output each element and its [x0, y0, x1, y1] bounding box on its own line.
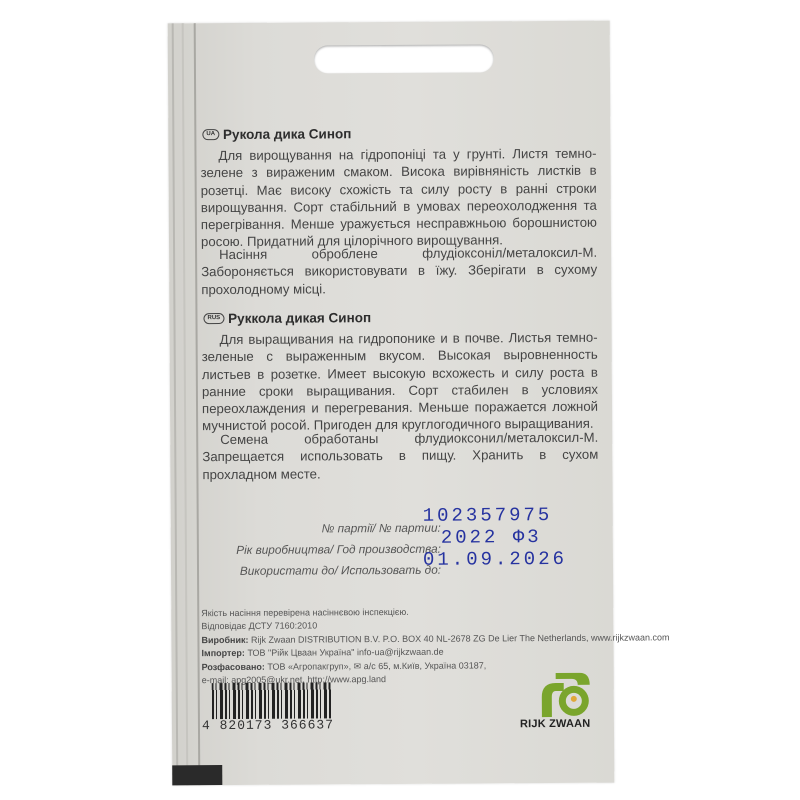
fine-print: Якість насіння перевірена насіннєвою інс…: [201, 604, 670, 687]
barcode-icon: [212, 682, 332, 719]
seed-packet-back: UA Рукола дика Синоп Для вирощування на …: [168, 21, 615, 786]
use-by-label: Використати до/ Использовать до:: [236, 560, 441, 582]
hang-hole: [314, 44, 494, 73]
rus-title: Руккола дикая Синоп: [228, 310, 371, 326]
use-by-date: 01.09.2026: [423, 548, 567, 571]
rus-description: Для выращивания на гидропонике и в почве…: [202, 329, 599, 435]
rijk-zwaan-logo-icon: [534, 659, 594, 719]
ua-heading: UA Рукола дика Синоп: [202, 126, 351, 142]
year-label: Рік виробництва/ Год производства:: [236, 539, 441, 561]
barcode-number: 4 820173 366637: [202, 717, 334, 733]
rus-treatment: Семена обработаны флудиоксонил/металокси…: [202, 429, 598, 483]
ua-description: Для вирощування на гідропоніці та у грун…: [200, 145, 597, 251]
batch-number: 102357975: [423, 504, 567, 527]
batch-label: № партії/ № партии:: [236, 518, 441, 540]
rus-lang-badge: RUS: [203, 313, 224, 324]
ua-lang-badge: UA: [202, 129, 219, 140]
rus-heading: RUS Руккола дикая Синоп: [203, 310, 371, 326]
seal-mark: [172, 765, 222, 785]
packet-seam: [194, 23, 201, 785]
packet-text: UA Рукола дика Синоп Для вирощування на …: [200, 21, 596, 23]
ua-title: Рукола дика Синоп: [223, 126, 351, 142]
ink-stamp: 102357975 2022 Ф3 01.09.2026: [423, 504, 567, 571]
brand-name: RIJK ZWAAN: [520, 718, 591, 730]
production-year: 2022 Ф3: [423, 526, 567, 549]
packet-seam: [172, 23, 179, 785]
stamp-labels: № партії/ № партии: Рік виробництва/ Год…: [236, 518, 441, 582]
packet-seam: [182, 23, 189, 785]
ua-treatment: Насіння оброблене флудіоксоніл/металокси…: [201, 244, 597, 298]
